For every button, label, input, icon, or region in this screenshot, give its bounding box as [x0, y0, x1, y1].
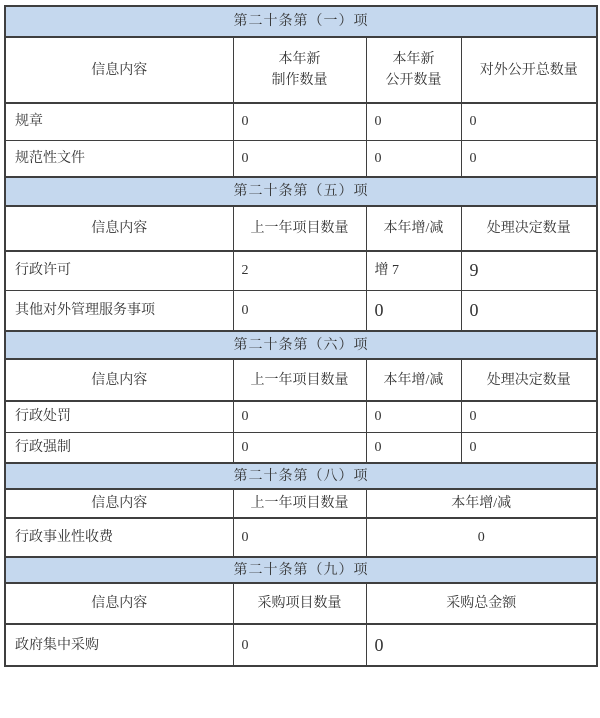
cell-value: 0: [366, 624, 597, 666]
table-row: 政府集中采购 0 0: [5, 624, 597, 666]
column-header: 本年新 制作数量: [233, 37, 366, 103]
cell-value: 0: [233, 624, 366, 666]
cell-value: 0: [461, 401, 597, 432]
column-header-row: 信息内容 采购项目数量 采购总金额: [5, 583, 597, 624]
row-label: 行政许可: [5, 251, 233, 290]
table-row: 规章 0 0 0: [5, 103, 597, 140]
page: 第二十条第（一）项 信息内容 本年新 制作数量 本年新 公开数量 对外公开总数量…: [0, 0, 600, 672]
column-header-row: 信息内容 本年新 制作数量 本年新 公开数量 对外公开总数量: [5, 37, 597, 103]
cell-value: 0: [461, 432, 597, 463]
column-header: 上一年项目数量: [233, 206, 366, 251]
column-header: 信息内容: [5, 359, 233, 401]
disclosure-table: 第二十条第（一）项 信息内容 本年新 制作数量 本年新 公开数量 对外公开总数量…: [4, 5, 598, 667]
row-label: 行政强制: [5, 432, 233, 463]
row-label: 规范性文件: [5, 140, 233, 177]
column-header: 本年增/减: [366, 206, 461, 251]
column-header: 信息内容: [5, 583, 233, 624]
cell-value: 0: [233, 103, 366, 140]
column-header: 信息内容: [5, 37, 233, 103]
cell-value: 0: [366, 140, 461, 177]
cell-value: 0: [366, 290, 461, 331]
cell-value: 0: [366, 518, 597, 557]
column-header: 处理决定数量: [461, 206, 597, 251]
column-header: 采购总金额: [366, 583, 597, 624]
column-header: 信息内容: [5, 206, 233, 251]
column-header: 上一年项目数量: [233, 489, 366, 518]
section-title-row: 第二十条第（五）项: [5, 177, 597, 206]
table-row: 行政许可 2 增 7 9: [5, 251, 597, 290]
section-title-row: 第二十条第（九）项: [5, 557, 597, 583]
cell-value: 增 7: [366, 251, 461, 290]
cell-value: 0: [461, 103, 597, 140]
table-row: 规范性文件 0 0 0: [5, 140, 597, 177]
cell-value: 0: [461, 140, 597, 177]
table-row: 行政强制 0 0 0: [5, 432, 597, 463]
column-header: 采购项目数量: [233, 583, 366, 624]
section-title: 第二十条第（九）项: [5, 557, 597, 583]
column-header: 本年增/减: [366, 489, 597, 518]
column-header: 本年增/减: [366, 359, 461, 401]
section-title: 第二十条第（五）项: [5, 177, 597, 206]
cell-value: 0: [461, 290, 597, 331]
table-row: 行政处罚 0 0 0: [5, 401, 597, 432]
row-label: 其他对外管理服务事项: [5, 290, 233, 331]
row-label: 规章: [5, 103, 233, 140]
section-title: 第二十条第（六）项: [5, 331, 597, 359]
section-title-row: 第二十条第（六）项: [5, 331, 597, 359]
section-title: 第二十条第（八）项: [5, 463, 597, 489]
column-header: 上一年项目数量: [233, 359, 366, 401]
column-header: 信息内容: [5, 489, 233, 518]
column-header-row: 信息内容 上一年项目数量 本年增/减 处理决定数量: [5, 359, 597, 401]
row-label: 行政处罚: [5, 401, 233, 432]
column-header: 处理决定数量: [461, 359, 597, 401]
section-title: 第二十条第（一）项: [5, 6, 597, 37]
column-header-row: 信息内容 上一年项目数量 本年增/减 处理决定数量: [5, 206, 597, 251]
table-row: 其他对外管理服务事项 0 0 0: [5, 290, 597, 331]
column-header: 本年新 公开数量: [366, 37, 461, 103]
cell-value: 9: [461, 251, 597, 290]
cell-value: 0: [233, 432, 366, 463]
cell-value: 2: [233, 251, 366, 290]
cell-value: 0: [233, 401, 366, 432]
cell-value: 0: [233, 140, 366, 177]
table-row: 行政事业性收费 0 0: [5, 518, 597, 557]
column-header-row: 信息内容 上一年项目数量 本年增/减: [5, 489, 597, 518]
section-title-row: 第二十条第（一）项: [5, 6, 597, 37]
cell-value: 0: [366, 432, 461, 463]
row-label: 行政事业性收费: [5, 518, 233, 557]
section-title-row: 第二十条第（八）项: [5, 463, 597, 489]
column-header: 对外公开总数量: [461, 37, 597, 103]
row-label: 政府集中采购: [5, 624, 233, 666]
cell-value: 0: [233, 290, 366, 331]
cell-value: 0: [233, 518, 366, 557]
cell-value: 0: [366, 401, 461, 432]
cell-value: 0: [366, 103, 461, 140]
